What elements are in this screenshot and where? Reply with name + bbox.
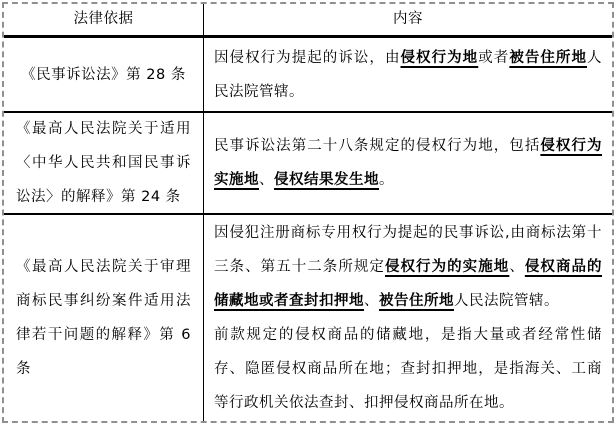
header-cell-content: 内容 [203, 4, 612, 35]
header-label-content: 内容 [204, 6, 612, 33]
row-basis-spc-interpretation-24: 《最高人民法院关于适用〈中华人民共和国民事诉讼法〉的解释》第 24 条 [4, 111, 203, 213]
text-segment: 、 [364, 293, 379, 309]
jurisdiction-law-table: 法律依据 内容 《民事诉讼法》第 28 条 因侵权行为提起的诉讼，由侵权行为地或… [2, 2, 614, 423]
content-paragraph: 民事诉讼法第二十八条规定的侵权行为地，包括侵权行为实施地、侵权结果发生地。 [214, 129, 602, 197]
content-paragraph: 前款规定的侵权商品的储藏地，是指大量或者经常性储存、隐匿侵权商品所在地；查封扣押… [214, 318, 602, 420]
basis-text: 《最高人民法院关于审理商标民事纠纷案件适用法律若干问题的解释》第 6 条 [16, 250, 191, 386]
row-content-trademark-interpretation-6: 因侵犯注册商标专用权行为提起的民事诉讼,由商标法第十三条、第五十二条所规定侵权行… [203, 213, 612, 421]
text-segment: 人民法院管辖。 [454, 293, 559, 309]
text-segment: 因侵权行为提起的诉讼，由 [214, 50, 401, 66]
emphasized-text: 侵权行为的实施地 [385, 259, 509, 275]
text-segment: 民事诉讼法第二十八条规定的侵权行为地，包括 [214, 138, 540, 154]
row-content-spc-interpretation-24: 民事诉讼法第二十八条规定的侵权行为地，包括侵权行为实施地、侵权结果发生地。 [203, 111, 612, 213]
text-segment: 、 [509, 259, 525, 275]
emphasized-text: 被告住所地 [509, 50, 587, 66]
basis-text: 《最高人民法院关于适用〈中华人民共和国民事诉讼法〉的解释》第 24 条 [16, 112, 191, 214]
row-content-civil-procedure-law: 因侵权行为提起的诉讼，由侵权行为地或者被告住所地人民法院管辖。 [203, 35, 612, 111]
text-segment: 。 [379, 172, 394, 188]
row-basis-trademark-interpretation-6: 《最高人民法院关于审理商标民事纠纷案件适用法律若干问题的解释》第 6 条 [4, 213, 203, 421]
header-label-legal-basis: 法律依据 [4, 6, 203, 33]
emphasized-text: 侵权行为地 [401, 50, 479, 66]
content-paragraph: 因侵权行为提起的诉讼，由侵权行为地或者被告住所地人民法院管辖。 [214, 41, 602, 109]
text-segment: 、 [259, 172, 274, 188]
row-basis-civil-procedure-law: 《民事诉讼法》第 28 条 [4, 35, 203, 111]
emphasized-text: 侵权结果发生地 [274, 172, 379, 188]
content-paragraph: 因侵犯注册商标专用权行为提起的民事诉讼,由商标法第十三条、第五十二条所规定侵权行… [214, 216, 602, 318]
text-segment: 前款规定的侵权商品的储藏地，是指大量或者经常性储存、隐匿侵权商品所在地；查封扣押… [214, 327, 602, 411]
text-segment: 或者 [478, 50, 509, 66]
header-cell-legal-basis: 法律依据 [4, 4, 203, 35]
emphasized-text: 被告住所地 [379, 293, 454, 309]
basis-text: 《民事诉讼法》第 28 条 [16, 58, 191, 92]
